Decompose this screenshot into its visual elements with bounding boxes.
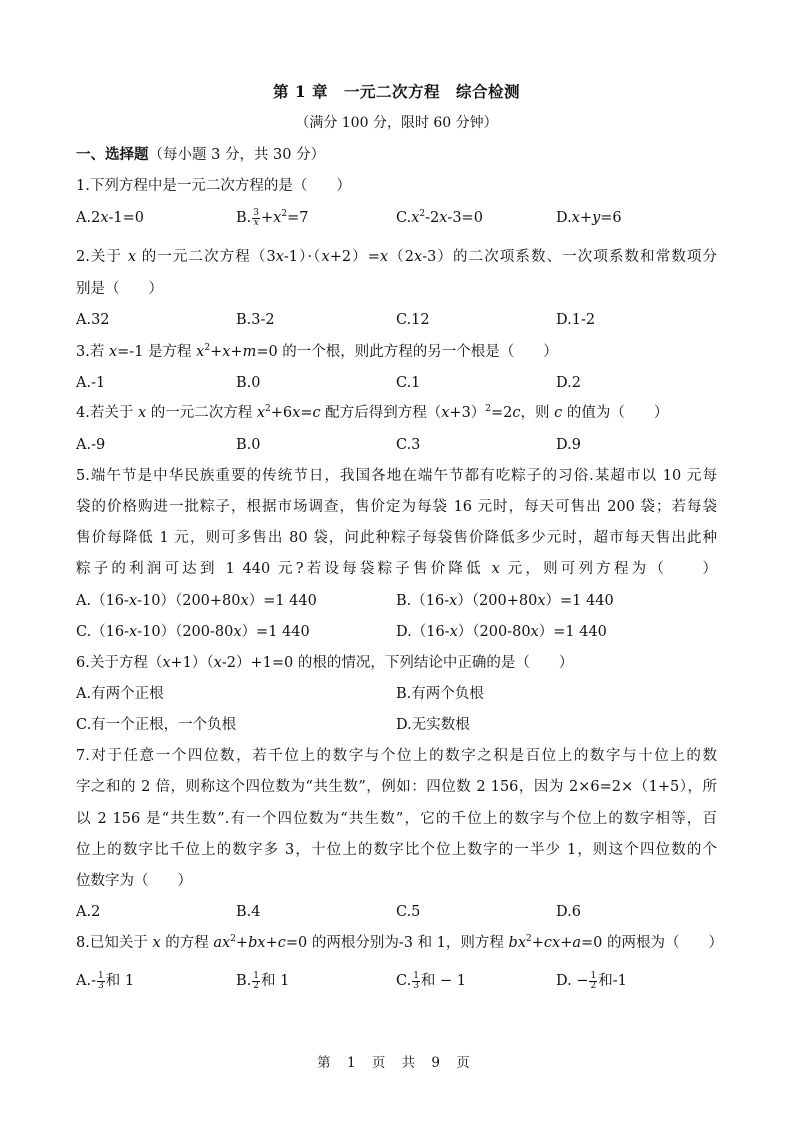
question-6-option-a: A.有两个正根	[76, 684, 164, 704]
section-note: （每小题 3 分，共 30 分）	[149, 147, 326, 163]
question-4-option-a: A.-9	[76, 435, 105, 455]
question-1-stem: 1.下列方程中是一元二次方程的是（ ）	[76, 176, 351, 196]
question-1-option-b: B.3x+x2=7	[236, 208, 308, 228]
question-5-stem-line-4: 粽子的利润可达到 1 440 元?若设每袋粽子售价降低 x 元，则可列方程为（ …	[76, 559, 717, 579]
question-5-option-a: A.（16-x-10）（200+80x）=1 440	[76, 591, 317, 611]
question-6-option-c: C.有一个正根，一个负根	[76, 715, 236, 735]
question-8-stem: 8.已知关于 x 的方程 ax2+bx+c=0 的两根分别为-3 和 1，则方程…	[76, 933, 723, 953]
question-2-option-b: B.3-2	[236, 310, 275, 330]
question-7-option-c: C.5	[396, 902, 420, 922]
fraction: 3x	[252, 209, 260, 228]
fraction: 12	[252, 972, 260, 991]
question-1-option-c: C.x2-2x-3=0	[396, 208, 483, 228]
question-6-option-b: B.有两个负根	[396, 684, 484, 704]
question-2-option-a: A.32	[76, 310, 110, 330]
question-3-stem: 3.若 x=-1 是方程 x2+x+m=0 的一个根，则此方程的另一个根是（ ）	[76, 342, 558, 362]
question-7-stem-line-3: 以 2 156 是“共生数”.有一个四位数为“共生数”，它的千位上的数字与个位上…	[76, 809, 717, 829]
question-4-option-d: D.9	[556, 435, 581, 455]
question-8-option-c: C.13和 − 1	[396, 971, 466, 991]
question-4-stem: 4.若关于 x 的一元二次方程 x2+6x=c 配方后得到方程（x+3）2=2c…	[76, 403, 668, 423]
question-5-option-b: B.（16-x）（200+80x）=1 440	[396, 591, 614, 611]
question-4-option-c: C.3	[396, 435, 420, 455]
question-8-option-b: B.12和 1	[236, 971, 289, 991]
section-heading: 一、选择题（每小题 3 分，共 30 分）	[76, 145, 325, 165]
page-title: 第 1 章 一元二次方程 综合检测	[0, 82, 793, 102]
question-6-option-d: D.无实数根	[396, 715, 470, 735]
question-2-stem-line-2: 别是（ ）	[76, 279, 163, 299]
question-3-option-b: B.0	[236, 373, 261, 393]
question-4-option-b: B.0	[236, 435, 261, 455]
question-2-stem-line-1: 2.关于 x 的一元二次方程（3x-1）·（x+2）=x（2x-3）的二次项系数…	[76, 247, 717, 267]
question-7-stem-line-2: 字之和的 2 倍，则称这个四位数为“共生数”，例如：四位数 2 156，因为 2…	[76, 777, 717, 797]
question-7-option-b: B.4	[236, 902, 261, 922]
question-5-option-c: C.（16-x-10）（200-80x）=1 440	[76, 622, 310, 642]
fraction: 13	[412, 972, 420, 991]
question-6-stem: 6.关于方程（x+1）（x-2）+1=0 的根的情况，下列结论中正确的是（ ）	[76, 653, 573, 673]
page-number: 第 1 页 共 9 页	[0, 1053, 793, 1073]
page-subtitle: （满分 100 分，限时 60 分钟）	[0, 113, 793, 133]
question-3-option-d: D.2	[556, 373, 581, 393]
question-5-option-d: D.（16-x）（200-80x）=1 440	[396, 622, 607, 642]
question-7-stem-line-4: 位上的数字比千位上的数字多 3，十位上的数字比个位上数字的一半少 1，则这个四位…	[76, 840, 717, 860]
question-7-stem-line-1: 7.对于任意一个四位数，若千位上的数字与个位上的数字之积是百位上的数字与十位上的…	[76, 746, 717, 766]
question-1-option-a: A.2x-1=0	[76, 208, 144, 228]
question-5-stem-line-1: 5.端午节是中华民族重要的传统节日，我国各地在端午节都有吃粽子的习俗.某超市以 …	[76, 466, 717, 486]
question-7-stem-line-5: 位数字为（ ）	[76, 871, 192, 891]
fraction: 12	[589, 972, 597, 991]
question-1-option-d: D.x+y=6	[556, 208, 622, 228]
question-7-option-d: D.6	[556, 902, 581, 922]
question-2-option-d: D.1-2	[556, 310, 595, 330]
question-3-option-c: C.1	[396, 373, 420, 393]
question-8-option-d: D. −12和-1	[556, 971, 627, 991]
question-5-stem-line-3: 售价每降低 1 元，则可多售出 80 袋，问此种粽子每袋售价降低多少元时，超市每…	[76, 528, 717, 548]
section-title: 一、选择题	[76, 146, 149, 163]
question-3-option-a: A.-1	[76, 373, 105, 393]
question-7-option-a: A.2	[76, 902, 100, 922]
question-2-option-c: C.12	[396, 310, 430, 330]
question-8-option-a: A.-13和 1	[76, 971, 134, 991]
question-5-stem-line-2: 袋的价格购进一批粽子，根据市场调查，售价定为每袋 16 元时，每天可售出 200…	[76, 497, 717, 517]
fraction: 13	[97, 972, 105, 991]
